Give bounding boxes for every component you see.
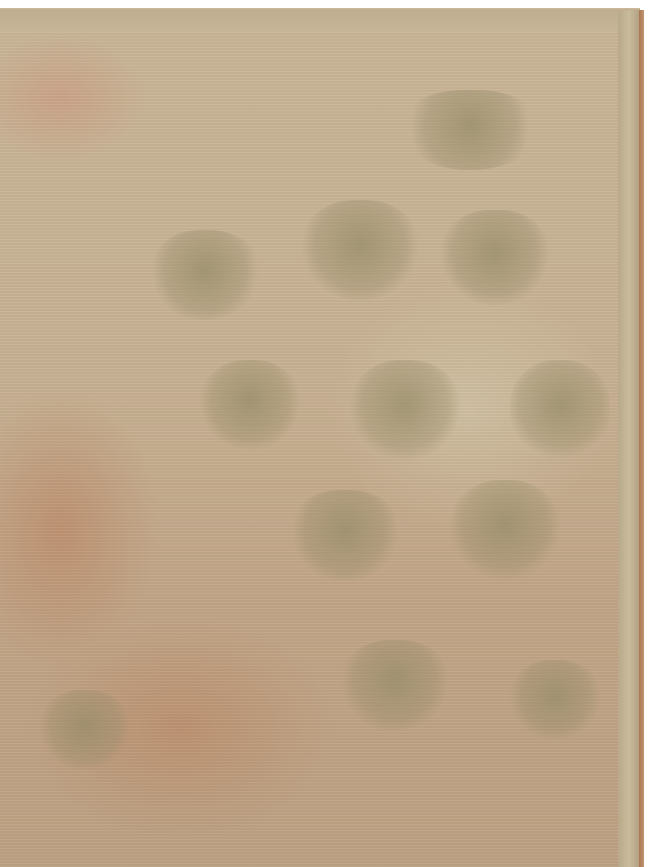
rug-motif xyxy=(450,480,560,580)
rug-motif xyxy=(510,360,610,460)
rug-motif xyxy=(350,360,460,460)
rug-motif xyxy=(40,690,130,770)
rug-motif xyxy=(200,360,300,450)
rug-motif xyxy=(340,640,450,730)
rug-motif xyxy=(290,490,400,580)
rug-motif xyxy=(440,210,550,305)
rug-motif xyxy=(400,90,540,170)
rug-motif xyxy=(150,230,260,320)
rug-motif xyxy=(510,660,600,740)
rug-motif xyxy=(300,200,420,300)
photo-canvas xyxy=(0,0,650,867)
rug-side-border xyxy=(618,10,640,867)
rug-top-border xyxy=(0,10,618,32)
rug-edge-binding xyxy=(639,10,644,867)
